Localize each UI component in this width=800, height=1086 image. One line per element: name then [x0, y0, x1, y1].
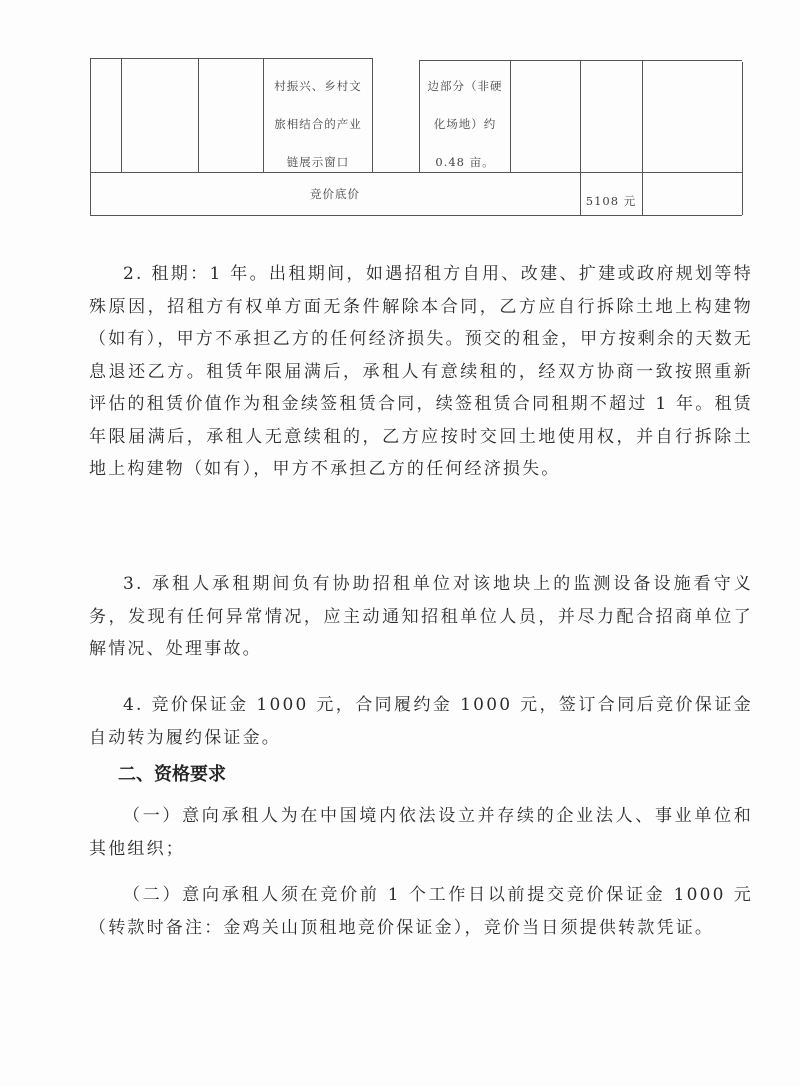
table-col-line: [510, 60, 511, 172]
table-bottom-border: [90, 215, 742, 216]
cell-line: 0.48 亩。: [420, 143, 510, 181]
section-2-heading: 二、资格要求: [118, 760, 226, 786]
cell-line: 链展示窗口: [264, 143, 372, 181]
cell-line: 边部分（非硬: [420, 67, 510, 105]
table-col-line: [372, 58, 373, 172]
table-col-line: [198, 58, 199, 172]
cell-line: 旅相结合的产业: [264, 105, 372, 143]
requirement-2: （二）意向承租人须在竞价前 1 个工作日以前提交竞价保证金 1000 元（转款时…: [89, 879, 753, 944]
cell-line: 化场地）约: [420, 105, 510, 143]
table-cell-purpose: 村振兴、乡村文 旅相结合的产业 链展示窗口: [264, 67, 372, 181]
table-col-line: [642, 60, 643, 215]
table-cell-reserve-price-value: 5108 元: [580, 187, 642, 215]
document-page: 村振兴、乡村文 旅相结合的产业 链展示窗口 边部分（非硬 化场地）约 0.48 …: [0, 0, 800, 1086]
clause-2-lease-term: 2. 租期：1 年。出租期间，如遇招租方自用、改建、扩建或政府规划等特殊原因，招…: [89, 258, 753, 486]
clause-4-deposit: 4. 竞价保证金 1000 元，合同履约金 1000 元，签订合同后竞价保证金自…: [89, 689, 753, 754]
cell-line: 村振兴、乡村文: [264, 67, 372, 105]
clause-3-monitoring-duty: 3. 承租人承租期间负有协助招租单位对该地块上的监测设备设施看守义务，发现有任何…: [89, 568, 753, 666]
table-top-border-left: [90, 58, 372, 59]
table-cell-reserve-price-label: 竞价底价: [90, 180, 580, 208]
table-col-line: [742, 62, 743, 215]
table-row-divider: [90, 172, 742, 173]
table-col-line: [121, 58, 122, 172]
requirement-1: （一）意向承租人为在中国境内依法设立并存续的企业法人、事业单位和其他组织；: [89, 800, 753, 865]
table-cell-area: 边部分（非硬 化场地）约 0.48 亩。: [420, 67, 510, 181]
